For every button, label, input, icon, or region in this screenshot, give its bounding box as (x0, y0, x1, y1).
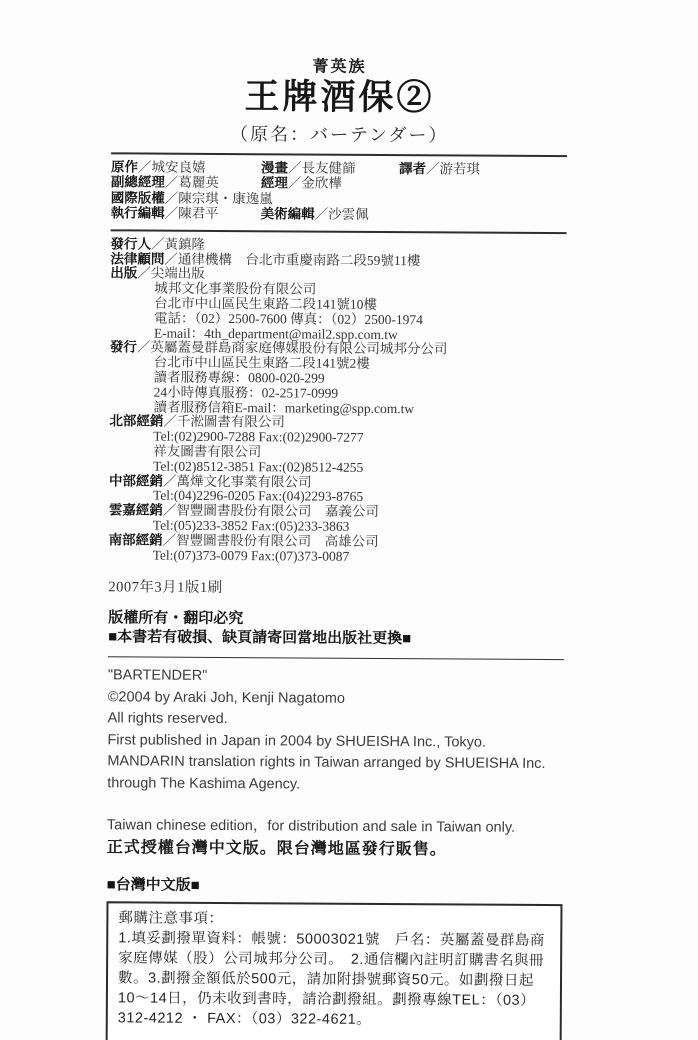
taiwan-english-line: Taiwan chinese edition，for distribution … (107, 816, 563, 840)
credit-entry: 美術編輯／沙雲佩 (261, 207, 399, 223)
credit-entry: 經理／金欣樺 (261, 175, 399, 191)
scanned-page: 菁英族 王牌酒保② （原名：バーテンダー） 原作／城安良嬉漫畫／長友健篩譯者／游… (0, 0, 698, 1040)
english-line: MANDARIN translation rights in Taiwan ar… (107, 752, 563, 776)
mail-order-title: 郵購注意事項： (118, 908, 550, 931)
publisher-role-label: 法律顧問 (110, 251, 164, 266)
credit-role-label: 譯者 (399, 161, 426, 176)
divider-bottom (108, 657, 564, 661)
credit-entry: 漫畫／長友健篩 (261, 160, 399, 176)
credit-role-label: 漫畫 (261, 160, 288, 175)
credit-role-label: 美術編輯 (261, 207, 315, 222)
publisher-line: Tel:(07)373-0079 Fax:(07)373-0087 (109, 548, 565, 566)
title-block: 菁英族 王牌酒保② （原名：バーテンダー） (111, 0, 568, 147)
publisher-role-label: 發行人 (110, 236, 151, 251)
english-lines: "BARTENDER"©2004 by Araki Joh, Kenji Nag… (107, 666, 564, 798)
credit-role-label: 經理 (261, 175, 288, 190)
credit-role-label: 副總經理 (111, 174, 165, 189)
divider-credits (111, 229, 567, 234)
credit-role-label: 國際版權 (111, 190, 165, 205)
credit-role-label: 執行編輯 (111, 206, 165, 221)
credit-entry: 國際版權／陳宗琪・康逸嵐 (111, 190, 273, 207)
credit-role-label: 原作 (111, 159, 138, 174)
english-line: First published in Japan in 2004 by SHUE… (107, 730, 563, 754)
english-line: All rights reserved. (108, 709, 564, 733)
english-block-gap (107, 795, 563, 819)
taiwan-edition-label: ■台灣中文版■ (107, 873, 563, 897)
english-line: ©2004 by Araki Joh, Kenji Nagatomo (108, 687, 564, 711)
english-copyright-block: "BARTENDER"©2004 by Araki Joh, Kenji Nag… (107, 666, 564, 862)
damage-notice: ■本書若有破損、缺頁請寄回當地出版社更換■ (108, 628, 564, 649)
credit-entry: 譯者／游若琪 (399, 161, 480, 177)
mail-order-box: 郵購注意事項： 1.填妥劃撥單資料：帳號：50003021號 戶名：英屬蓋曼群島… (106, 901, 563, 1040)
publisher-role-label: 中部經銷 (109, 473, 163, 488)
publisher-role-label: 北部經銷 (109, 414, 163, 429)
divider-top (111, 152, 567, 157)
english-line: through The Kashima Agency. (107, 773, 563, 797)
publisher-role-label: 南部經銷 (109, 532, 163, 547)
credit-entry: 執行編輯／陳君平 (111, 206, 261, 223)
english-line: "BARTENDER" (108, 666, 564, 690)
mail-order-body: 1.填妥劃撥單資料：帳號：50003021號 戶名：英屬蓋曼群島商家庭傳媒（股）… (118, 928, 551, 1031)
book-title: 王牌酒保② (111, 77, 567, 118)
credit-entry: 副總經理／葛麗英 (111, 174, 261, 191)
publisher-role-label: 雲嘉經銷 (109, 503, 163, 518)
edition-line: 2007年3月1版1刷 (108, 576, 564, 600)
publisher-role-label: 出版 (110, 266, 137, 281)
original-title: （原名：バーテンダー） (111, 119, 567, 148)
credit-row: 執行編輯／陳君平美術編輯／沙雲佩 (111, 206, 567, 224)
taiwan-chinese-line: 正式授權台灣中文版。限台灣地區發行販售。 (107, 837, 563, 862)
publisher-role-label: 發行 (110, 340, 137, 355)
series-name: 菁英族 (112, 52, 568, 78)
colophon-content: 菁英族 王牌酒保② （原名：バーテンダー） 原作／城安良嬉漫畫／長友健篩譯者／游… (106, 0, 568, 1040)
publisher-block: 發行人／黃鎮隆法律顧問／通律機構 台北市重慶南路二段59號11樓出版／尖端出版城… (109, 237, 567, 565)
credit-entry: 原作／城安良嬉 (111, 159, 261, 176)
credits-block: 原作／城安良嬉漫畫／長友健篩譯者／游若琪副總經理／葛麗英經理／金欣樺國際版權／陳… (111, 159, 567, 224)
